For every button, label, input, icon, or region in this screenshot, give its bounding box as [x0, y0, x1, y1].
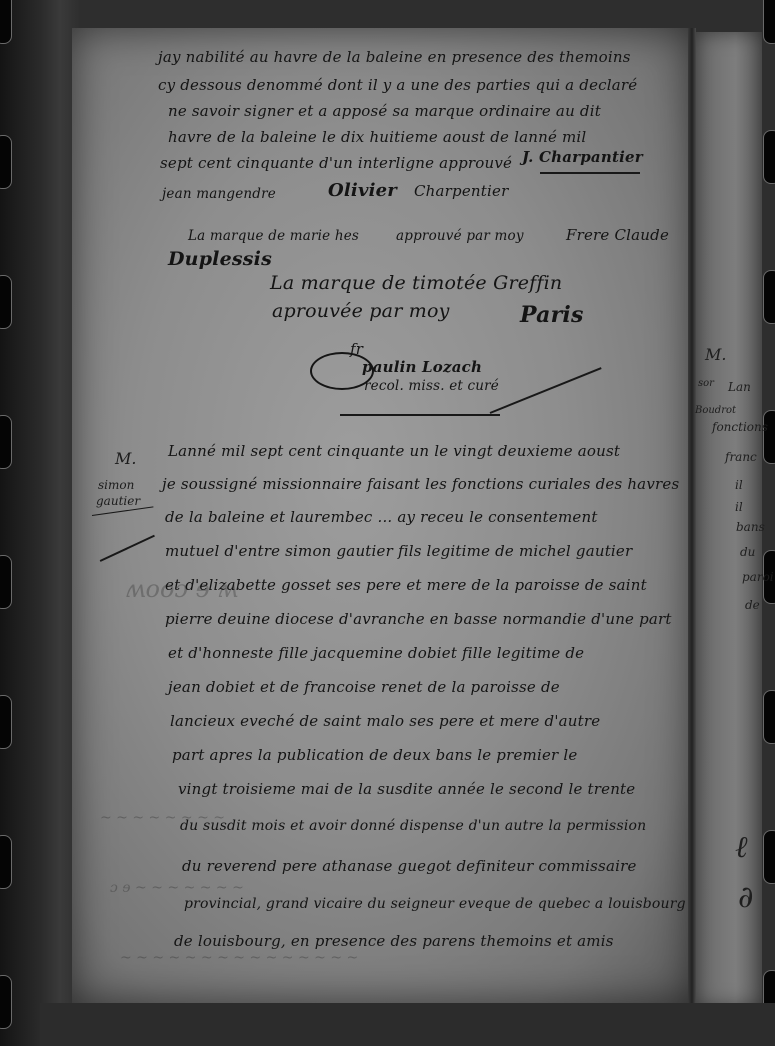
- adjacent-fragment: de: [745, 598, 760, 612]
- entry-line: jay nabilité au havre de la baleine en p…: [158, 48, 631, 66]
- entry-line: mutuel d'entre simon gautier fils legiti…: [165, 542, 632, 560]
- signature-flourish: [540, 172, 640, 174]
- entry-line: provincial, grand vicaire du seigneur ev…: [184, 896, 686, 912]
- sprocket-hole: [763, 130, 775, 184]
- signature-charpentier: Charpentier: [414, 182, 508, 200]
- entry-line: sept cent cinquante d'un interligne appr…: [160, 154, 512, 172]
- entry-line: et d'honneste fille jacquemine dobiet fi…: [168, 644, 584, 662]
- adjacent-margin-word: Boudrot: [695, 405, 736, 416]
- entry-line: du reverend pere athanase guegot definit…: [182, 857, 637, 875]
- adjacent-fragment: bans: [736, 520, 765, 534]
- mark-text: La marque de marie hes: [188, 228, 359, 244]
- adjacent-fragment: il: [735, 478, 743, 492]
- sprocket-hole: [0, 835, 12, 889]
- sprocket-hole: [763, 830, 775, 884]
- bleed-through-text: ɔ ɘ ~ ~ ~ ~ ~ ~ ~: [110, 880, 244, 896]
- signature-flourish: [310, 352, 374, 390]
- adjacent-fragment: fonctions: [712, 420, 768, 434]
- page-gutter: [688, 28, 696, 1008]
- sprocket-hole: [763, 0, 775, 44]
- film-bottom-edge: [40, 1003, 775, 1046]
- entry-line: jean dobiet et de francoise renet de la …: [168, 678, 560, 696]
- adjacent-margin-word: sor: [698, 378, 714, 389]
- mark-approval: approuvé par moy: [396, 228, 524, 244]
- entry-line: de la baleine et laurembec ... ay receu …: [165, 508, 598, 526]
- margin-note-letter: M.: [115, 452, 136, 466]
- signature-flourish: [340, 414, 500, 416]
- entry-line: Lanné mil sept cent cinquante un le ving…: [168, 442, 620, 460]
- sprocket-hole: [763, 270, 775, 324]
- signature-olivier: Olivier: [328, 180, 397, 201]
- adjacent-fragment: franc: [725, 450, 757, 464]
- entry-line: cy dessous denommé dont il y a une des p…: [158, 76, 637, 94]
- adjacent-fragment: il: [735, 500, 743, 514]
- signature-charpentier-initial: J. Charpantier: [522, 148, 643, 166]
- adjacent-margin-letter: M.: [705, 345, 726, 364]
- margin-note-name: gautier: [96, 494, 140, 508]
- mark-approval: aprouvée par moy: [272, 300, 450, 322]
- signature-duplessis: Duplessis: [168, 248, 272, 270]
- sprocket-hole: [763, 690, 775, 744]
- adjacent-flourish: ∂: [738, 880, 754, 915]
- adjacent-flourish: ℓ: [735, 830, 748, 865]
- signature-mangendre: jean mangendre: [162, 186, 276, 202]
- signature-frere-claude: Frere Claude: [566, 226, 669, 244]
- sprocket-hole: [0, 135, 12, 189]
- adjacent-fragment: paroi: [742, 570, 774, 584]
- sprocket-hole: [0, 555, 12, 609]
- entry-line: je soussigné missionnaire faisant les fo…: [162, 475, 679, 493]
- signature-paris: Paris: [520, 302, 584, 328]
- entry-line: lancieux eveché de saint malo ses pere e…: [170, 712, 600, 730]
- mark-text: La marque de timotée Greffin: [270, 272, 562, 294]
- entry-line: part apres la publication de deux bans l…: [172, 746, 577, 764]
- sprocket-hole: [0, 415, 12, 469]
- entry-line: pierre deuine diocese d'avranche en bass…: [165, 610, 672, 628]
- entry-line: du susdit mois et avoir donné dispense d…: [180, 818, 646, 834]
- sprocket-hole: [0, 695, 12, 749]
- adjacent-fragment: du: [740, 545, 755, 559]
- priest-signature: paulin Lozach: [362, 358, 482, 376]
- sprocket-hole: [0, 275, 12, 329]
- entry-line: ne savoir signer et a apposé sa marque o…: [168, 102, 601, 120]
- entry-line: vingt troisieme mai de la susdite année …: [178, 780, 635, 798]
- entry-line: de louisbourg, en presence des parens th…: [174, 932, 614, 950]
- priest-title: recol. miss. et curé: [364, 378, 499, 394]
- sprocket-hole: [763, 410, 775, 464]
- sprocket-hole: [0, 0, 12, 44]
- bleed-through-text: ~ ~ ~ ~ ~ ~ ~ ~ ~ ~ ~ ~ ~ ~ ~: [120, 950, 358, 966]
- margin-note-name: simon: [98, 478, 134, 492]
- entry-line: havre de la baleine le dix huitieme aous…: [168, 128, 586, 146]
- entry-line: et d'elizabette gosset ses pere et mere …: [165, 576, 647, 594]
- sprocket-hole: [0, 975, 12, 1029]
- adjacent-fragment: Lan: [728, 380, 751, 394]
